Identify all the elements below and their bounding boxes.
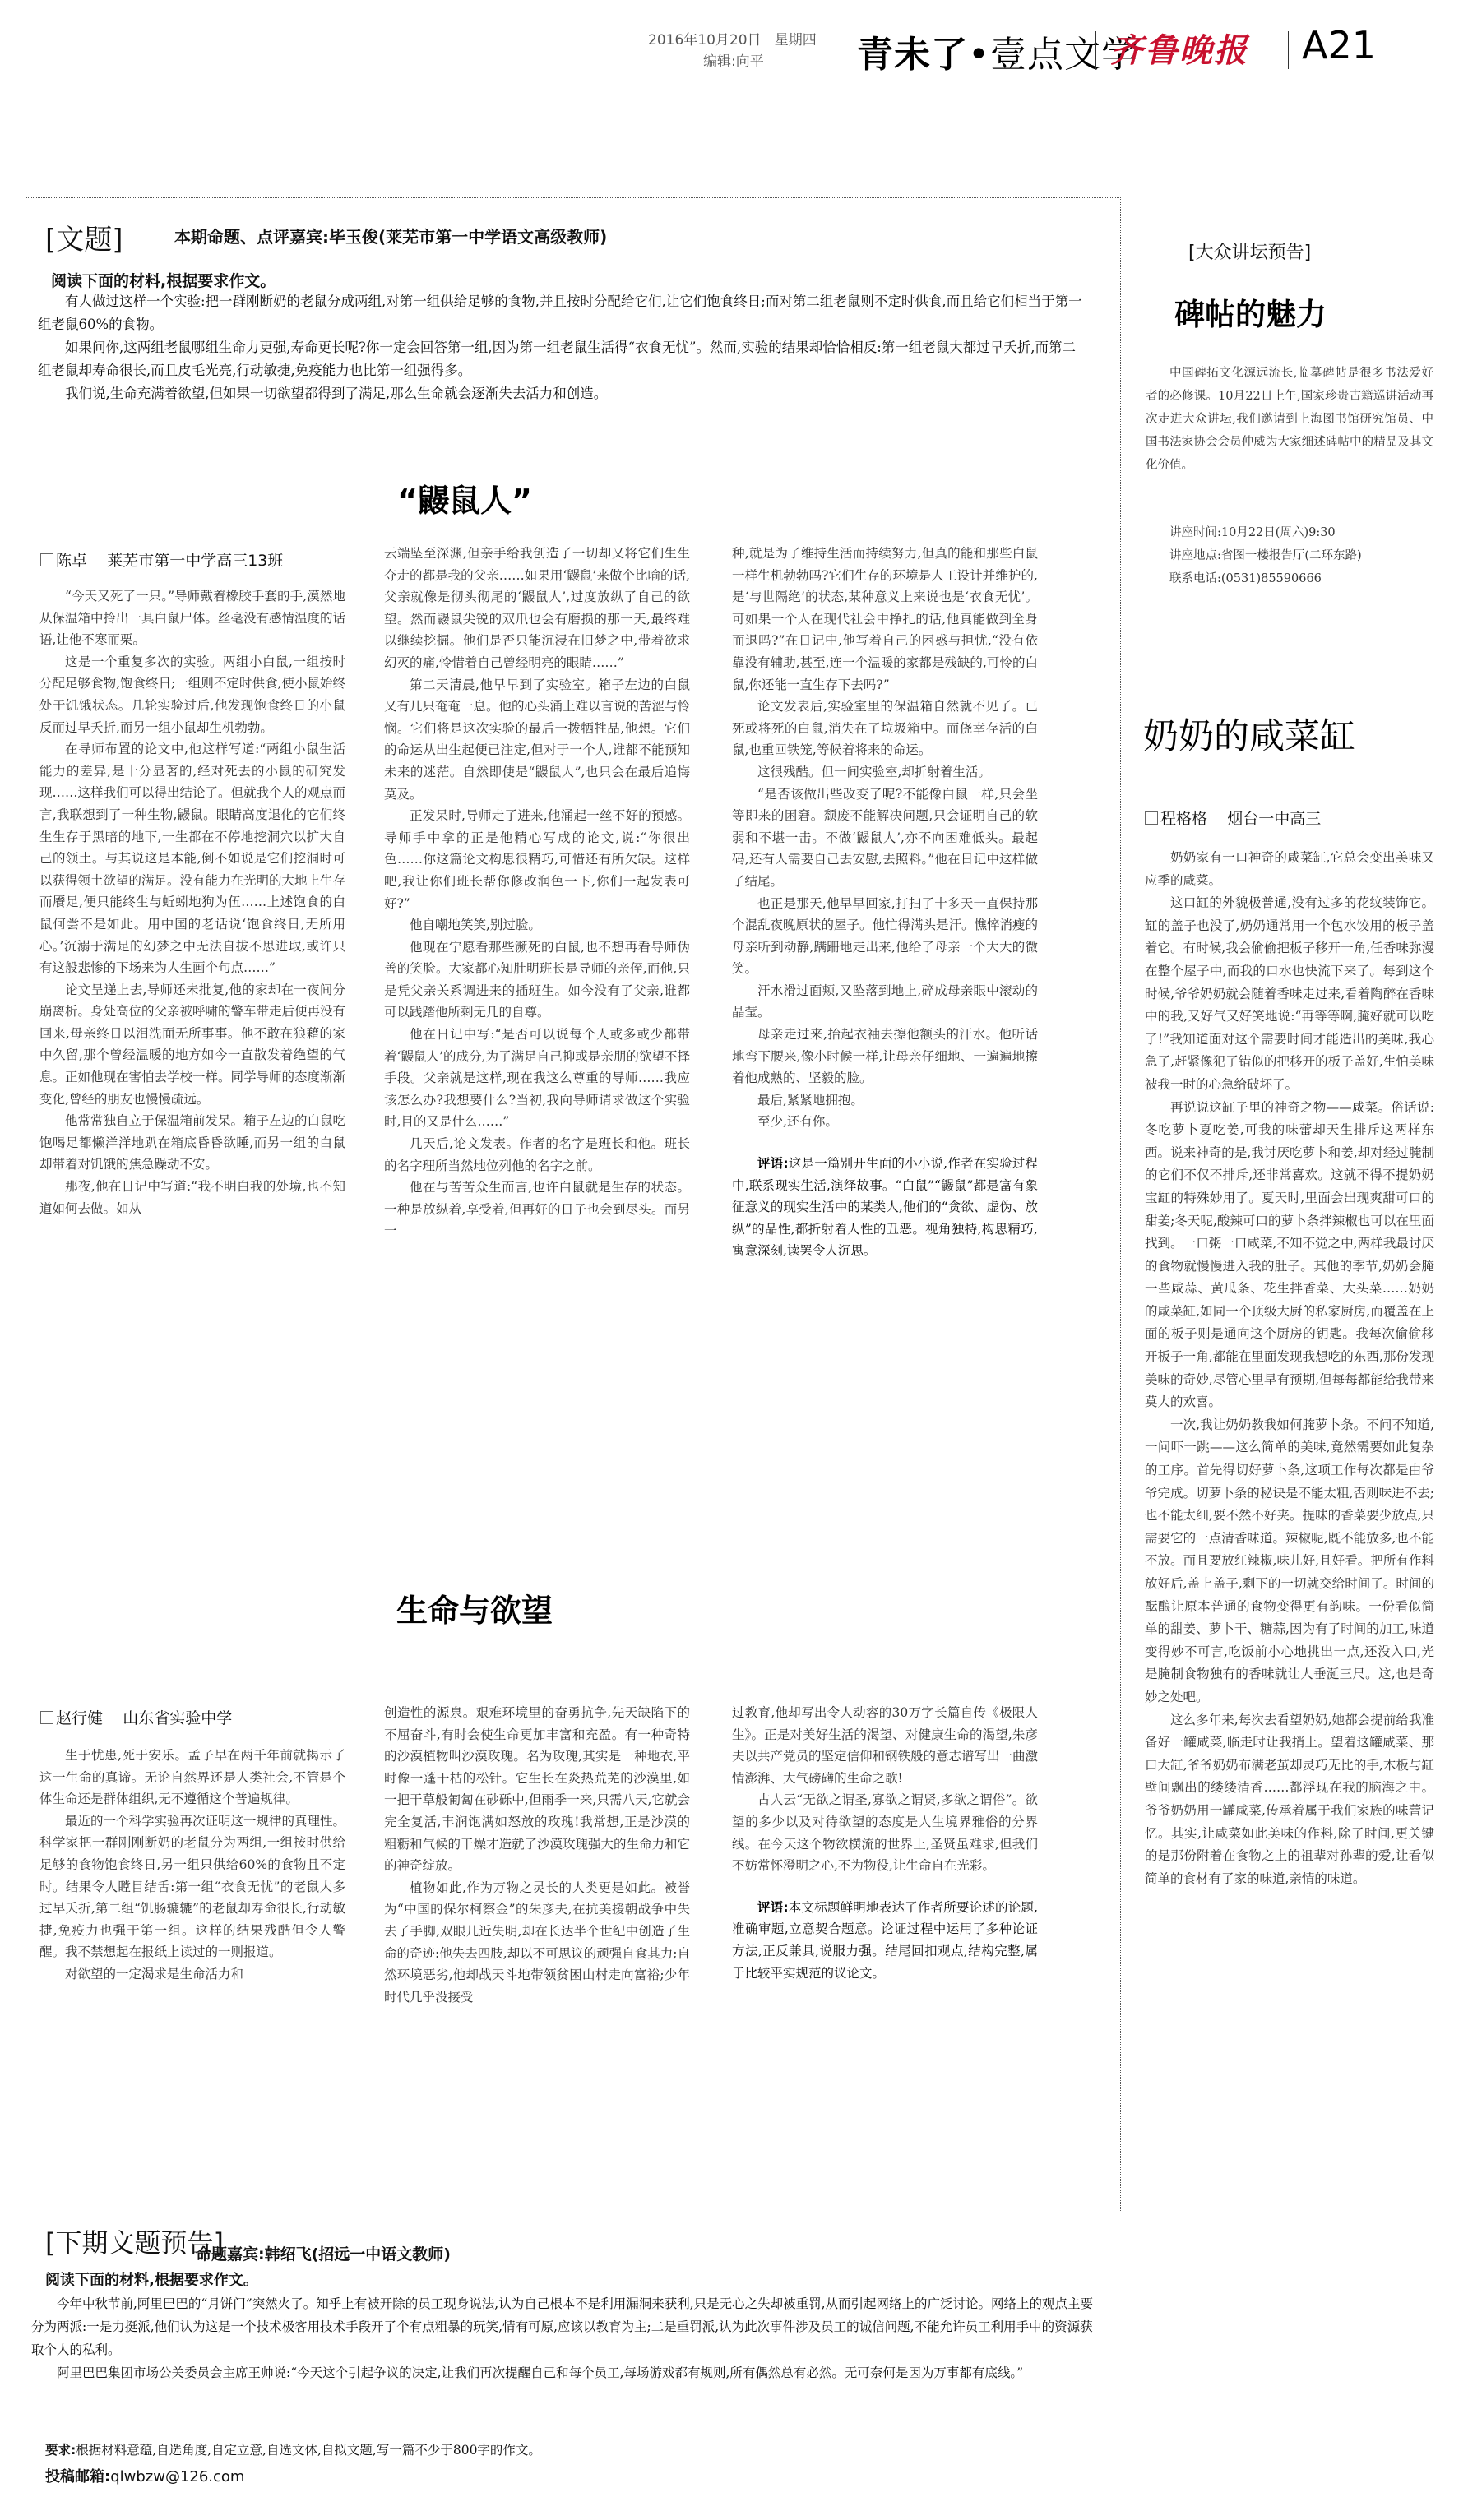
paper-logo: 齐鲁晚报 bbox=[1110, 25, 1248, 72]
article1-column-2: 云端坠至深渊,但亲手给我创造了一切却又将它们生生夺走的都是我的父亲……如果用‘鼹… bbox=[384, 543, 690, 1242]
article2-comment: 评语:本文标题鲜明地表达了作者所要论述的论题,准确审题,立意契合题意。论证过程中… bbox=[732, 1897, 1038, 1984]
topic-instruction: 阅读下面的材料,根据要求作文。 bbox=[51, 269, 276, 291]
lecture-phone: 联系电话:(0531)85590666 bbox=[1146, 567, 1433, 590]
next-topic-instruction: 阅读下面的材料,根据要求作文。 bbox=[45, 2268, 258, 2290]
lecture-place: 讲座地点:省图一楼报告厅(二环东路) bbox=[1146, 544, 1433, 567]
topic-paragraph: 我们说,生命充满着欲望,但如果一切欲望都得到了满足,那么生命就会逐渐失去活力和创… bbox=[38, 382, 1082, 405]
lecture-info: 讲座时间:10月22日(周六)9:30 讲座地点:省图一楼报告厅(二环东路) 联… bbox=[1146, 521, 1433, 590]
article-title: “鼹鼠人” bbox=[397, 475, 532, 520]
next-topic-material: 今年中秋节前,阿里巴巴的“月饼门”突然火了。知乎上有被开除的员工现身说法,认为自… bbox=[31, 2292, 1100, 2384]
next-topic-requirement: 要求:根据材料意蕴,自选角度,自定立意,自选文体,自拟文题,写一篇不少于800字… bbox=[45, 2440, 541, 2458]
article-byline: 赵行健 山东省实验中学 bbox=[40, 1706, 232, 1728]
topic-paragraph: 有人做过这样一个实验:把一群刚断奶的老鼠分成两组,对第一组供给足够的食物,并且按… bbox=[38, 290, 1082, 336]
topic-guest: 本期命题、点评嘉宾:毕玉俊(莱芜市第一中学语文高级教师) bbox=[174, 224, 607, 247]
topic-material: 有人做过这样一个实验:把一群刚断奶的老鼠分成两组,对第一组供给足够的食物,并且按… bbox=[38, 290, 1082, 405]
lecture-section-label: [大众讲坛预告] bbox=[1188, 238, 1311, 264]
page-number: A21 bbox=[1302, 23, 1376, 67]
divider bbox=[1095, 31, 1096, 69]
lecture-title: 碑帖的魅力 bbox=[1174, 289, 1327, 334]
article-title: 奶奶的咸菜缸 bbox=[1143, 709, 1355, 759]
article3-body: 奶奶家有一口神奇的咸菜缸,它总会变出美味又应季的咸菜。 这口缸的外貌极普通,没有… bbox=[1145, 847, 1434, 1890]
article2-column-2: 创造性的源泉。艰难环境里的奋勇抗争,先天缺陷下的不屈奋斗,有时会使生命更加丰富和… bbox=[384, 1702, 690, 2008]
submission-email: 投稿邮箱:qlwbzw@126.com bbox=[45, 2465, 244, 2486]
lecture-description: 中国碑拓文化源远流长,临摹碑帖是很多书法爱好者的必修课。10月22日上午,国家珍… bbox=[1146, 362, 1433, 477]
article-title: 生命与欲望 bbox=[396, 1585, 553, 1630]
topic-section-label: [文题] bbox=[45, 217, 123, 257]
article2-column-3: 过教育,他却写出令人动容的30万字长篇自传《极限人生》。正是对美好生活的渴望、对… bbox=[732, 1702, 1038, 1984]
topic-paragraph: 如果问你,这两组老鼠哪组生命力更强,寿命更长呢?你一定会回答第一组,因为第一组老… bbox=[38, 336, 1082, 382]
masthead: 2016年10月20日 星期四 编辑:向平 青未了•壹点文学 齐鲁晚报 A21 bbox=[641, 23, 1464, 81]
byline-box-icon bbox=[40, 1711, 53, 1724]
next-topic-guest: 命题嘉宾:韩绍飞(招远一中语文教师) bbox=[196, 2242, 451, 2264]
article-byline: 程格格 烟台一中高三 bbox=[1145, 807, 1321, 829]
byline-box-icon bbox=[1145, 811, 1158, 825]
article1-column-3: 种,就是为了维持生活而持续努力,但真的能和那些白鼠一样生机勃勃吗?它们生存的环境… bbox=[732, 543, 1038, 1262]
email-link[interactable]: qlwbzw@126.com bbox=[110, 2468, 244, 2485]
divider bbox=[1288, 31, 1289, 69]
article1-comment: 评语:这是一篇别开生面的小小说,作者在实验过程中,联系现实生活,演绎故事。“白鼠… bbox=[732, 1153, 1038, 1262]
byline-box-icon bbox=[40, 553, 53, 566]
editor-credit: 编辑:向平 bbox=[703, 49, 764, 70]
issue-date: 2016年10月20日 星期四 bbox=[648, 28, 817, 49]
lecture-time: 讲座时间:10月22日(周六)9:30 bbox=[1146, 521, 1433, 544]
article1-column-1: “今天又死了一只。”导师戴着橡胶手套的手,漠然地从保温箱中拎出一具白鼠尸体。丝毫… bbox=[39, 585, 345, 1219]
article2-column-1: 生于忧患,死于安乐。孟子早在两千年前就揭示了这一生命的真谛。无论自然界还是人类社… bbox=[39, 1745, 345, 1986]
article-byline: 陈卓 莱芜市第一中学高三13班 bbox=[40, 548, 283, 571]
